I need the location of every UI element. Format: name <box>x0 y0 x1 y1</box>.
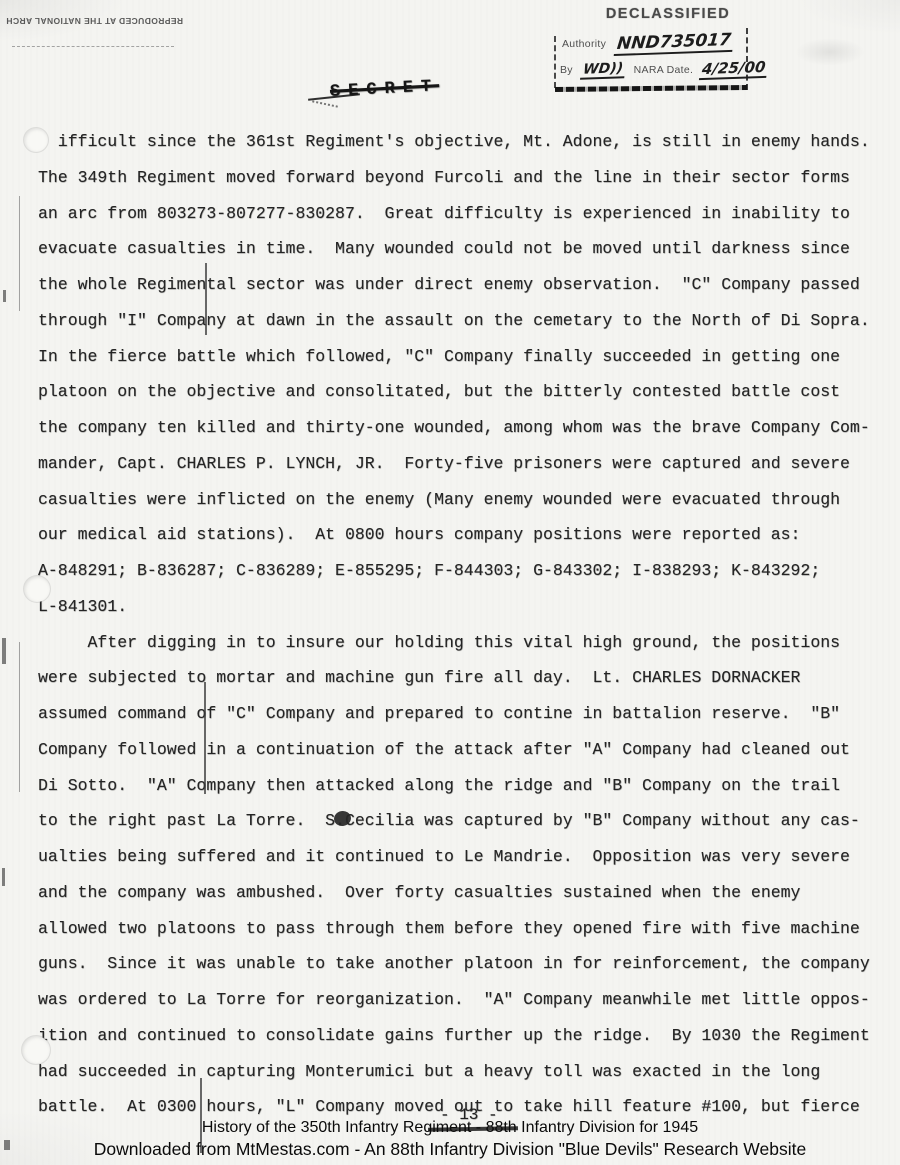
scan-scratch-line <box>19 196 20 311</box>
text-line: allowed two platoons to pass through the… <box>38 911 870 947</box>
hole-punch-spot <box>24 576 50 602</box>
stamp-by-value-handwritten: WD)) <box>580 61 626 80</box>
text-line: and the company was ambushed. Over forty… <box>38 875 870 911</box>
footer-website-line: Downloaded from MtMestas.com - An 88th I… <box>0 1139 900 1160</box>
text-line: an arc from 803273-807277-830287. Great … <box>38 196 870 232</box>
archive-dashed-line <box>12 46 174 47</box>
stamp-authority-label: Authority <box>562 38 606 50</box>
typewritten-body: ifficult since the 361st Regiment's obje… <box>38 124 870 1125</box>
scan-edge-mark <box>2 868 5 886</box>
text-line: Di Sotto. "A" Company then attacked alon… <box>38 768 870 804</box>
text-line: had succeeded in capturing Monterumici b… <box>38 1054 870 1090</box>
stamp-authority-value-handwritten: NND735017 <box>613 32 733 56</box>
text-line: the company ten killed and thirty-one wo… <box>38 410 870 446</box>
text-line: mander, Capt. CHARLES P. LYNCH, JR. Fort… <box>38 446 870 482</box>
scan-crease-line <box>204 682 206 794</box>
archive-reproduction-note: REPRODUCED AT THE NATIONAL ARCH <box>6 16 183 26</box>
text-line: evacuate casualties in time. Many wounde… <box>38 231 870 267</box>
stamp-date-label: NARA Date. <box>634 64 694 76</box>
text-line: The 349th Regiment moved forward beyond … <box>38 160 870 196</box>
hole-punch-spot <box>22 1036 50 1064</box>
scan-scratch-line <box>19 642 20 792</box>
text-line: In the fierce battle which followed, "C"… <box>38 339 870 375</box>
text-line: assumed command of "C" Company and prepa… <box>38 696 870 732</box>
text-line: was ordered to La Torre for reorganizati… <box>38 982 870 1018</box>
text-line: Company followed in a continuation of th… <box>38 732 870 768</box>
stamp-authority-row: Authority NND735017 <box>562 34 732 54</box>
scan-smudge <box>795 38 865 66</box>
text-line: our medical aid stations). At 0800 hours… <box>38 517 870 553</box>
scan-crease-line <box>205 263 207 335</box>
classification-marking-secret: SECRET <box>330 77 440 102</box>
text-line: through "I" Company at dawn in the assau… <box>38 303 870 339</box>
stamp-by-row: By WD)) NARA Date. 4/25/00 <box>560 60 767 79</box>
scan-edge-mark <box>3 290 6 302</box>
text-line: ualties being suffered and it continued … <box>38 839 870 875</box>
text-line: were subjected to mortar and machine gun… <box>38 660 870 696</box>
stamp-border-bottom <box>555 85 747 92</box>
text-line: platoon on the objective and consolitate… <box>38 374 870 410</box>
text-line: guns. Since it was unable to take anothe… <box>38 946 870 982</box>
text-line: casualties were inflicted on the enemy (… <box>38 482 870 518</box>
stamp-by-label: By <box>560 64 573 76</box>
text-line: A-848291; B-836287; C-836289; E-855295; … <box>38 553 870 589</box>
scan-edge-mark <box>2 638 6 664</box>
text-line: After digging in to insure our holding t… <box>38 625 870 661</box>
text-line: to the right past La Torre. S.Cecilia wa… <box>38 803 870 839</box>
stamp-title: DECLASSIFIED <box>588 6 748 22</box>
footer-source-line: History of the 350th Infantry Regiment -… <box>0 1119 900 1137</box>
text-line: L-841301. <box>38 589 870 625</box>
stamp-date-value-handwritten: 4/25/00 <box>699 60 768 80</box>
text-line: the whole Regimental sector was under di… <box>38 267 870 303</box>
hole-punch-spot <box>24 128 48 152</box>
text-line: ifficult since the 361st Regiment's obje… <box>38 124 870 160</box>
stamp-border-left <box>554 36 556 88</box>
declassified-stamp: DECLASSIFIED Authority NND735017 By WD))… <box>552 2 752 92</box>
text-line: ition and continued to consolidate gains… <box>38 1018 870 1054</box>
